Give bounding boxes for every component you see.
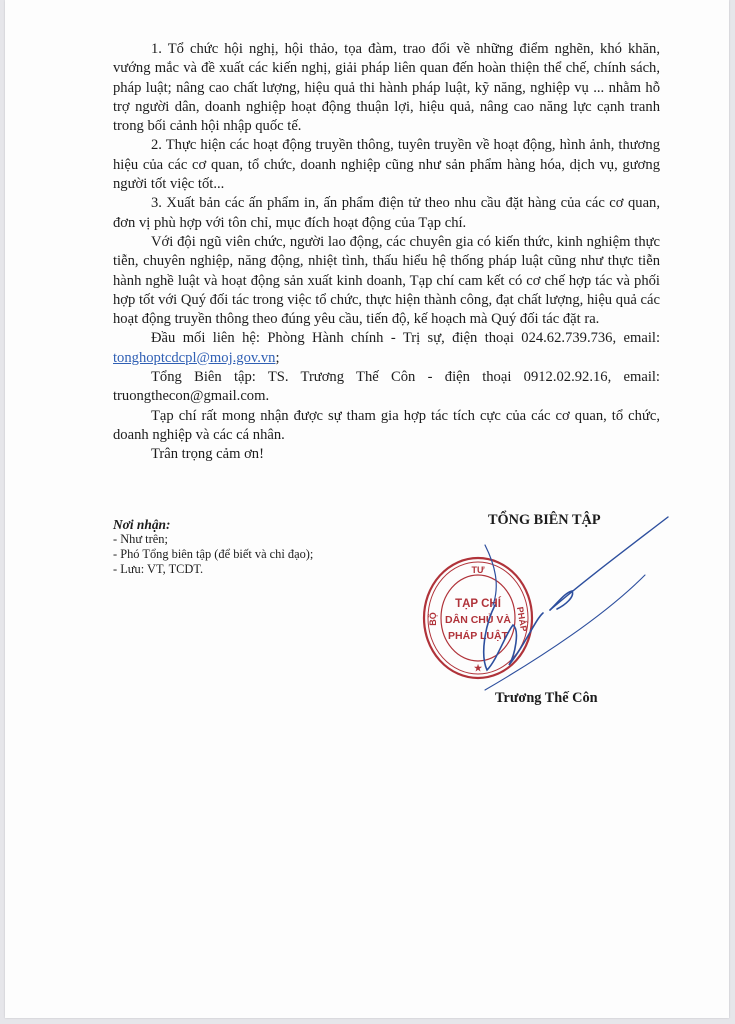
closing-1: Tạp chí rất mong nhận được sự tham gia h… xyxy=(113,407,660,446)
recipient-item: - Như trên; xyxy=(113,532,313,547)
recipient-item: - Lưu: VT, TCDT. xyxy=(113,562,313,577)
signature-strokes xyxy=(425,505,685,695)
recipients-label: Nơi nhận: xyxy=(113,517,313,532)
paragraph-3: 3. Xuất bản các ấn phẩm in, ấn phẩm điện… xyxy=(113,194,660,233)
contact-email-link[interactable]: tonghoptcdcpl@moj.gov.vn xyxy=(113,350,275,366)
contact-2: Tổng Biên tập: TS. Trương Thế Côn - điện… xyxy=(113,368,660,407)
letter-body: 1. Tổ chức hội nghị, hội thảo, tọa đàm, … xyxy=(113,40,660,465)
paragraph-2: 2. Thực hiện các hoạt động truyền thông,… xyxy=(113,136,660,194)
recipient-item: - Phó Tổng biên tập (để biết và chỉ đạo)… xyxy=(113,547,313,562)
recipients-block: Nơi nhận: - Như trên; - Phó Tổng biên tậ… xyxy=(113,517,313,577)
document-page: 1. Tổ chức hội nghị, hội thảo, tọa đàm, … xyxy=(5,0,729,1018)
paragraph-4: Với đội ngũ viên chức, người lao động, c… xyxy=(113,233,660,329)
paragraph-1: 1. Tổ chức hội nghị, hội thảo, tọa đàm, … xyxy=(113,40,660,136)
contact-1-end: ; xyxy=(275,350,279,366)
signatory-name: Trương Thế Côn xyxy=(495,690,598,707)
contact-1-text: Đầu mối liên hệ: Phòng Hành chính - Trị … xyxy=(151,330,660,346)
closing-2: Trân trọng cảm ơn! xyxy=(113,445,660,464)
contact-1: Đầu mối liên hệ: Phòng Hành chính - Trị … xyxy=(113,329,660,368)
